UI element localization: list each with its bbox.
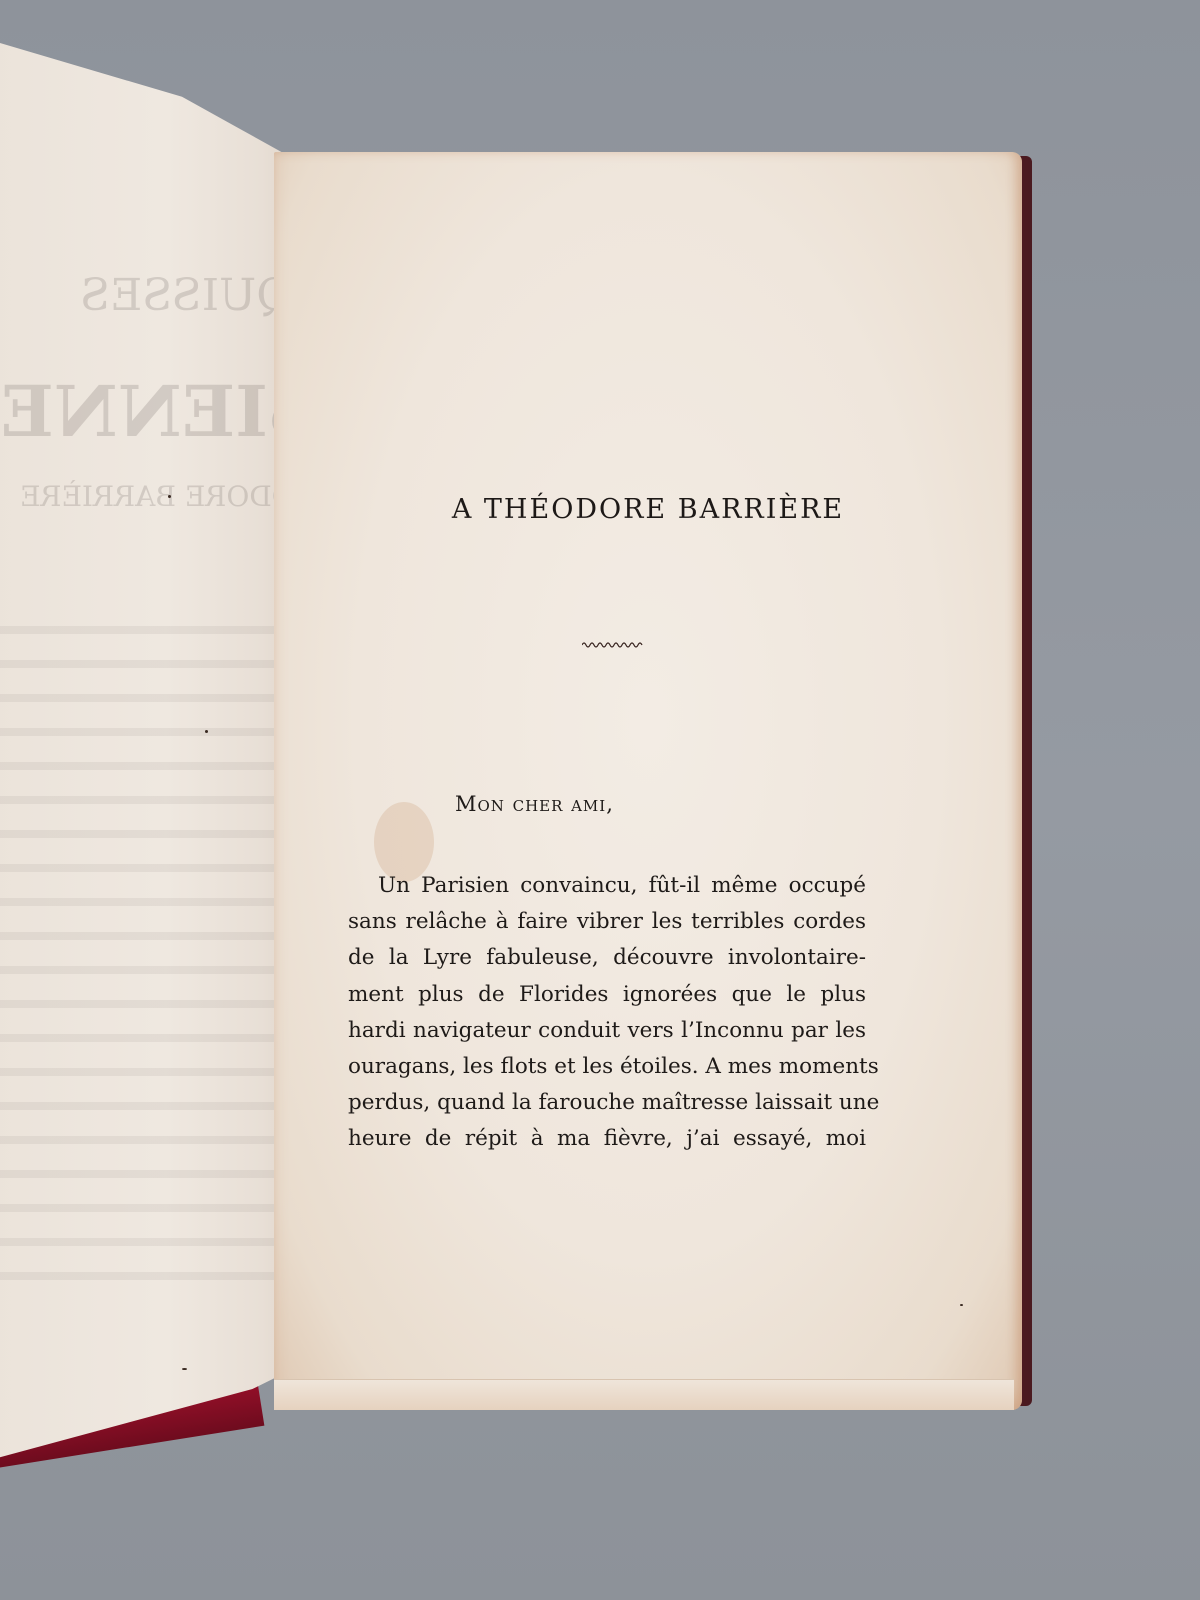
body-line: Un Parisien convaincu, fût-il même occup… (348, 868, 866, 904)
body-paragraph: Un Parisien convaincu, fût-il même occup… (348, 868, 866, 1158)
body-line: hardi navigateur conduit vers l’Inconnu … (348, 1013, 866, 1049)
page-bottom-edge (274, 1379, 1014, 1410)
wavy-rule-ornament (582, 640, 644, 650)
body-line: ment plus de Florides ignorées que le pl… (348, 977, 866, 1013)
dedication-heading: A THÉODORE BARRIÈRE (274, 494, 1022, 525)
body-line: de la Lyre fabuleuse, découvre involonta… (348, 940, 866, 976)
right-page (274, 152, 1022, 1410)
speck (182, 1368, 187, 1370)
body-line: ouragans, les flots et les étoiles. A me… (348, 1049, 866, 1085)
body-line: sans relâche à faire vibrer les terrible… (348, 904, 866, 940)
body-line: perdus, quand la farouche maîtresse lais… (348, 1085, 866, 1121)
salutation: Mon cher ami, (455, 792, 614, 816)
left-page: ESQUISSES PARISIENNES THÉODORE BARRIÈRE (0, 40, 310, 1460)
speck (960, 1304, 963, 1306)
speck (205, 730, 208, 733)
show-through-lines (0, 600, 280, 1280)
body-line: heure de répit à ma fièvre, j’ai essayé,… (348, 1121, 866, 1157)
speck (168, 495, 171, 498)
